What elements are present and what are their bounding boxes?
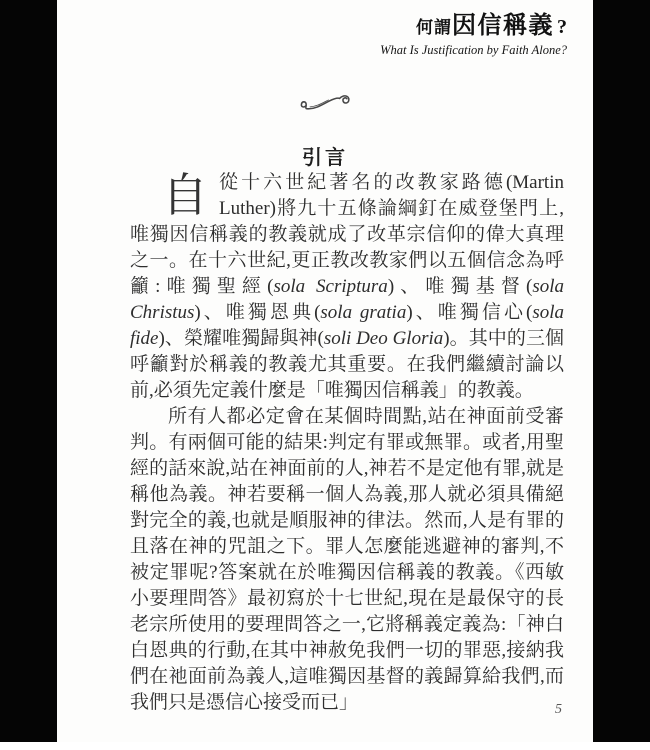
chapter-title-main: 因信稱義 <box>452 13 554 39</box>
p1-seg-1-latin: sola Scriptura <box>273 276 387 297</box>
page-number: 5 <box>555 702 562 718</box>
scan-backdrop-left <box>0 0 57 742</box>
chapter-title-prefix: 何謂 <box>416 18 452 37</box>
drop-cap: 自 <box>162 175 208 217</box>
p1-seg-8: )、榮耀唯獨歸與神( <box>159 328 324 349</box>
paragraph-1: 自從十六世紀著名的改教家路德(Martin Luther)將九十五條論綱釘在威登… <box>130 170 564 404</box>
chapter-title: 何謂因信稱義? <box>380 13 567 42</box>
running-header: 何謂因信稱義? What Is Justification by Faith A… <box>380 13 567 57</box>
body-text-block: 自從十六世紀著名的改教家路德(Martin Luther)將九十五條論綱釘在威登… <box>130 170 564 716</box>
paragraph-2: 所有人都必定會在某個時間點,站在神面前受審判。有兩個可能的結果:判定有罪或無罪。… <box>130 404 564 716</box>
chapter-subtitle-english: What Is Justification by Faith Alone? <box>380 43 567 57</box>
scan-backdrop-right <box>593 0 650 742</box>
p1-seg-5-latin: sola gratia <box>320 302 406 323</box>
book-page: 何謂因信稱義? What Is Justification by Faith A… <box>57 0 593 742</box>
p1-seg-9-latin: soli Deo Gloria <box>324 328 443 349</box>
section-title: 引言 <box>57 141 593 170</box>
flourish-ornament-icon <box>300 91 350 115</box>
scanned-book-page: 何謂因信稱義? What Is Justification by Faith A… <box>0 0 650 750</box>
p1-seg-6: )、唯獨信心( <box>406 302 532 323</box>
chapter-title-question-mark: ? <box>557 16 567 38</box>
p1-seg-2: )、唯獨基督( <box>388 276 533 297</box>
p1-seg-4: )、唯獨恩典( <box>194 302 320 323</box>
